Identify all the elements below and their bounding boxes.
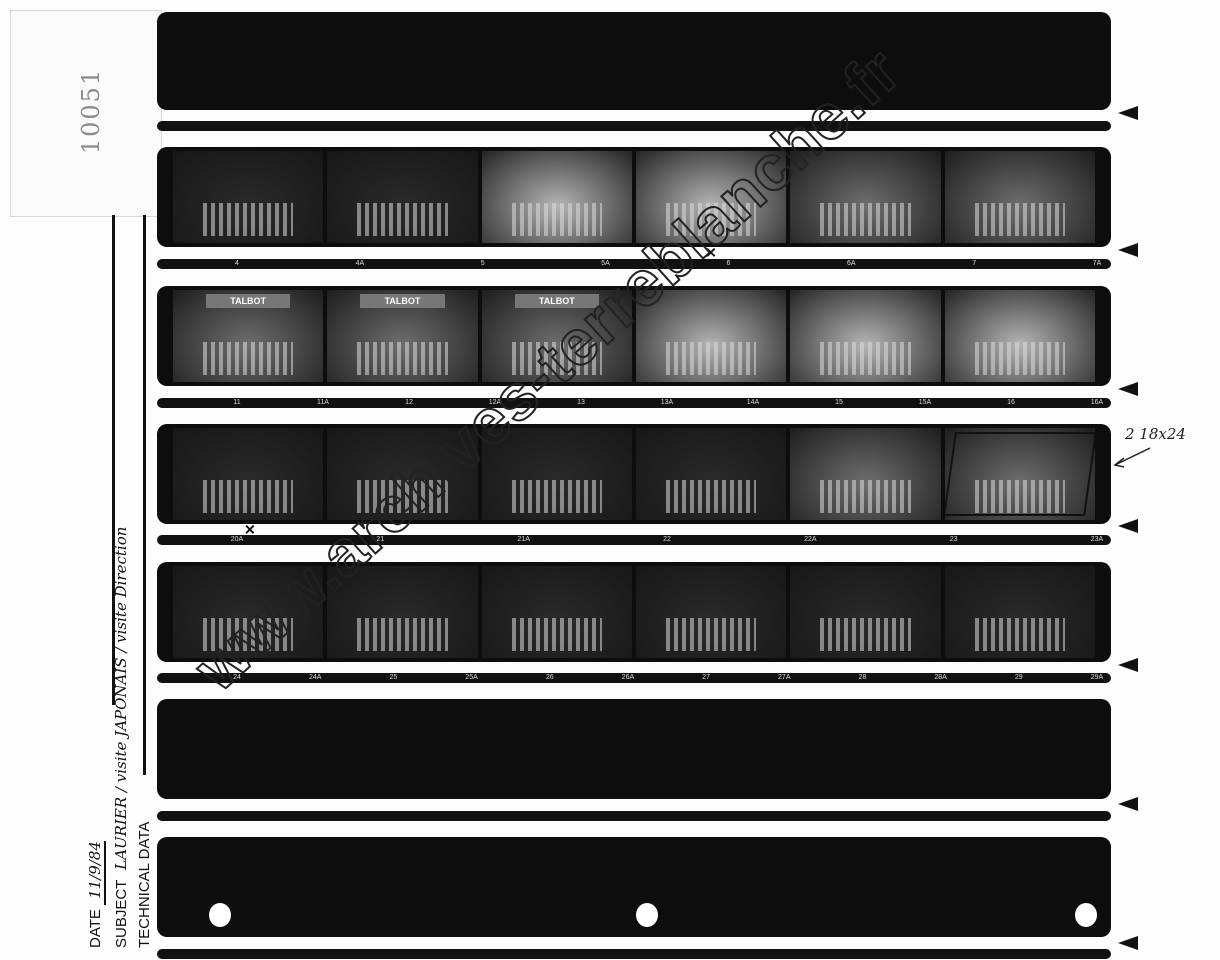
strip-marker-arrow-icon bbox=[1118, 797, 1138, 811]
binder-hole bbox=[1075, 903, 1097, 927]
talbot-sign: TALBOT bbox=[206, 294, 290, 308]
frame-number: 23A bbox=[1091, 536, 1103, 543]
frame-number: 13 bbox=[577, 399, 585, 406]
frame-number: 21A bbox=[517, 536, 529, 543]
film-strip bbox=[157, 147, 1111, 247]
frame-number: 24 bbox=[233, 674, 241, 681]
film-strip bbox=[157, 562, 1111, 662]
frame-number: 6 bbox=[726, 260, 730, 267]
frame-number: 28A bbox=[934, 674, 946, 681]
film-strip bbox=[157, 12, 1111, 110]
frame-number: 29 bbox=[1015, 674, 1023, 681]
frame-number: 26 bbox=[546, 674, 554, 681]
photo-content bbox=[512, 342, 602, 374]
photo-frame[interactable] bbox=[945, 151, 1095, 243]
photo-frame[interactable] bbox=[173, 151, 323, 243]
photo-content bbox=[203, 618, 293, 650]
frame-number: 21 bbox=[376, 536, 384, 543]
frames-row bbox=[173, 151, 1095, 243]
film-strip bbox=[157, 424, 1111, 524]
photo-content bbox=[512, 480, 602, 512]
photo-frame[interactable] bbox=[945, 428, 1095, 520]
date-field: DATE 11/9/84 bbox=[86, 841, 106, 948]
frame-number: 11 bbox=[233, 399, 240, 406]
frame-number: 12 bbox=[405, 399, 413, 406]
photo-frame[interactable] bbox=[327, 566, 477, 658]
photo-content bbox=[820, 618, 910, 650]
strip-marker-arrow-icon bbox=[1118, 658, 1138, 672]
binder-hole bbox=[636, 903, 658, 927]
photo-frame[interactable] bbox=[173, 566, 323, 658]
photo-content bbox=[357, 203, 447, 235]
scribble-mark bbox=[945, 432, 1095, 516]
photo-frame[interactable]: TALBOT bbox=[482, 290, 632, 382]
technical-data-label: TECHNICAL DATA bbox=[136, 822, 153, 948]
talbot-sign: TALBOT bbox=[360, 294, 444, 308]
photo-frame[interactable] bbox=[327, 151, 477, 243]
photo-content bbox=[512, 203, 602, 235]
technical-rule-line bbox=[143, 215, 146, 775]
film-edge-band bbox=[157, 949, 1111, 959]
photo-content bbox=[203, 480, 293, 512]
frame-number: 28 bbox=[859, 674, 867, 681]
photo-frame[interactable] bbox=[636, 566, 786, 658]
film-strip: TALBOTTALBOTTALBOT bbox=[157, 286, 1111, 386]
photo-content bbox=[666, 342, 756, 374]
frames-row: TALBOTTALBOTTALBOT bbox=[173, 290, 1095, 382]
photo-frame[interactable]: TALBOT bbox=[173, 290, 323, 382]
technical-data-field: TECHNICAL DATA bbox=[136, 822, 153, 948]
archive-number: 10051 bbox=[71, 41, 111, 181]
talbot-sign: TALBOT bbox=[515, 294, 599, 308]
frame-number: 12A bbox=[489, 399, 501, 406]
photo-frame[interactable] bbox=[482, 151, 632, 243]
frame-number: 5 bbox=[481, 260, 485, 267]
strip-marker-arrow-icon bbox=[1118, 382, 1138, 396]
photo-content bbox=[357, 342, 447, 374]
date-label: DATE bbox=[87, 909, 104, 948]
frame-number: 16A bbox=[1091, 399, 1103, 406]
photo-frame[interactable] bbox=[945, 566, 1095, 658]
subject-field: SUBJECT LAURIER / visite JAPONAIS / visi… bbox=[112, 527, 130, 948]
photo-content bbox=[666, 203, 756, 235]
subject-label: SUBJECT bbox=[113, 880, 130, 948]
frame-number: 25A bbox=[465, 674, 477, 681]
film-edge-band bbox=[157, 121, 1111, 131]
photo-frame[interactable] bbox=[636, 290, 786, 382]
photo-frame[interactable] bbox=[482, 428, 632, 520]
frame-numbers: 44A55A66A77A bbox=[157, 259, 1111, 269]
frame-number: 27A bbox=[778, 674, 790, 681]
frame-number: 23 bbox=[950, 536, 958, 543]
frame-number: 29A bbox=[1091, 674, 1103, 681]
photo-content bbox=[666, 618, 756, 650]
photo-frame[interactable] bbox=[945, 290, 1095, 382]
strip-marker-arrow-icon bbox=[1118, 936, 1138, 950]
strip-marker-arrow-icon bbox=[1118, 243, 1138, 257]
binder-hole bbox=[209, 903, 231, 927]
strip-marker-arrow-icon bbox=[1118, 106, 1138, 120]
frame-number: 22 bbox=[663, 536, 671, 543]
photo-content bbox=[203, 342, 293, 374]
photo-content bbox=[975, 203, 1065, 235]
frame-number: 4A bbox=[356, 260, 365, 267]
film-edge-band bbox=[157, 811, 1111, 821]
frame-number: 14A bbox=[747, 399, 759, 406]
photo-content bbox=[203, 203, 293, 235]
frame-number: 27 bbox=[702, 674, 710, 681]
photo-frame[interactable] bbox=[482, 566, 632, 658]
photo-content bbox=[666, 480, 756, 512]
frame-number: 20A bbox=[231, 536, 243, 543]
frame-numbers: 2424A2525A2626A2727A2828A2929A bbox=[157, 673, 1111, 683]
photo-content bbox=[820, 480, 910, 512]
photo-content bbox=[975, 342, 1065, 374]
photo-frame[interactable] bbox=[790, 566, 940, 658]
annotation-arrow-icon bbox=[1110, 445, 1155, 470]
photo-frame[interactable] bbox=[636, 151, 786, 243]
frame-number: 4 bbox=[235, 260, 239, 267]
strip-marker-arrow-icon bbox=[1118, 519, 1138, 533]
film-strip bbox=[157, 837, 1111, 937]
archive-label-card: 10051 bbox=[10, 10, 162, 217]
frame-numbers: 20A2121A2222A2323A bbox=[157, 535, 1111, 545]
frame-number: 26A bbox=[622, 674, 634, 681]
photo-frame[interactable] bbox=[636, 428, 786, 520]
frame-number: 22A bbox=[804, 536, 816, 543]
photo-content bbox=[820, 342, 910, 374]
frame-number: 5A bbox=[601, 260, 610, 267]
frames-row bbox=[173, 428, 1095, 520]
frame-number: 6A bbox=[847, 260, 856, 267]
subject-value: LAURIER / visite JAPONAIS / visite Direc… bbox=[112, 527, 130, 870]
photo-frame[interactable]: TALBOT bbox=[327, 290, 477, 382]
photo-frame[interactable] bbox=[790, 151, 940, 243]
photo-frame[interactable] bbox=[790, 428, 940, 520]
frame-number: 16 bbox=[1007, 399, 1015, 406]
frame-number: 24A bbox=[309, 674, 321, 681]
frame-number: 11A bbox=[317, 399, 329, 406]
print-annotation: 2 18x24 bbox=[1125, 425, 1186, 443]
frame-numbers: 1111A1212A1313A14A1515A1616A bbox=[157, 398, 1111, 408]
photo-content bbox=[357, 618, 447, 650]
photo-frame[interactable] bbox=[173, 428, 323, 520]
frame-number: 15 bbox=[835, 399, 843, 406]
photo-content bbox=[357, 480, 447, 512]
frames-row bbox=[173, 566, 1095, 658]
photo-frame[interactable] bbox=[327, 428, 477, 520]
frame-number: 7 bbox=[972, 260, 976, 267]
frame-number: 7A bbox=[1093, 260, 1102, 267]
photo-frame[interactable] bbox=[790, 290, 940, 382]
date-value: 11/9/84 bbox=[86, 841, 104, 899]
photo-content bbox=[975, 618, 1065, 650]
frame-number: 25 bbox=[389, 674, 397, 681]
photo-content bbox=[512, 618, 602, 650]
photo-content bbox=[820, 203, 910, 235]
frame-number: 13A bbox=[661, 399, 673, 406]
frame-number: 15A bbox=[919, 399, 931, 406]
film-strip bbox=[157, 699, 1111, 799]
